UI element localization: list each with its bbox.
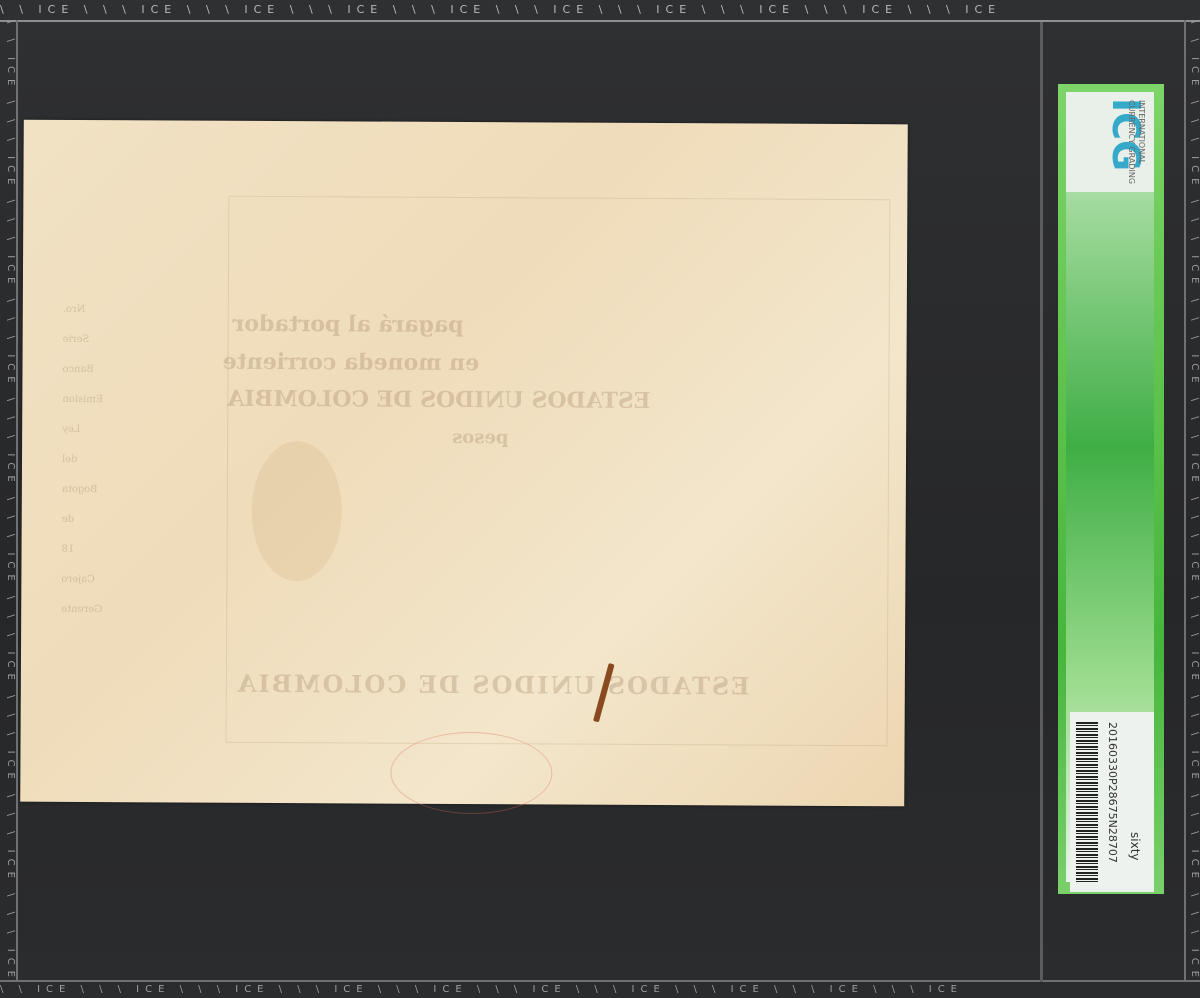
- side-text: Serie: [63, 325, 213, 356]
- ghost-line: pesos: [452, 427, 508, 448]
- side-text: Ley: [62, 415, 212, 446]
- barcode-area: 20160330P28675N28707 sixty: [1070, 712, 1154, 892]
- label-face: ICG INTERNATIONAL CURRENCY GRADING 20160…: [1066, 92, 1154, 882]
- side-text: Nro.: [63, 295, 213, 326]
- grade-word: sixty: [1128, 832, 1142, 861]
- ghost-title: ESTADOS UNIDOS DE COLOMBIA: [236, 669, 750, 701]
- ghost-line: pagará al portador: [233, 311, 464, 338]
- ghost-line: en moneda corriente: [222, 349, 479, 376]
- side-text: del: [62, 445, 212, 476]
- side-text: 18: [61, 535, 211, 566]
- holder-top-edge: \ \ ICE \ \ \ ICE \ \ \ ICE \ \ \ ICE \ …: [0, 0, 1200, 22]
- cert-number: 20160330P28675N28707: [1106, 722, 1119, 863]
- logo-text: INTERNATIONAL CURRENCY GRADING: [1076, 100, 1146, 192]
- ghost-side-column: Nro. Serie Banco Emision Ley del Bogota …: [61, 295, 213, 626]
- side-text: Cajero: [61, 565, 211, 596]
- ghost-line: ESTADOS UNIDOS DE COLOMBIA: [227, 386, 650, 414]
- stain: [251, 441, 342, 581]
- side-text: Gerente: [61, 595, 211, 626]
- side-text: Bogota: [62, 475, 212, 506]
- holder-bottom-edge: \ \ ICE \ \ \ ICE \ \ \ ICE \ \ \ ICE \ …: [0, 980, 1200, 998]
- holder-seam: [1040, 22, 1043, 982]
- holder-right-edge: \ \ ICE \ \ \ ICE \ \ \ ICE \ \ \ ICE \ …: [1184, 20, 1200, 982]
- side-text: de: [62, 505, 212, 536]
- red-stamp-bleed: [390, 732, 552, 815]
- holder-left-edge: \ \ ICE \ \ \ ICE \ \ \ ICE \ \ \ ICE \ …: [0, 20, 18, 982]
- side-text: Emision: [62, 385, 212, 416]
- grading-label: ICG INTERNATIONAL CURRENCY GRADING 20160…: [1058, 84, 1164, 894]
- side-text: Banco: [62, 355, 212, 386]
- logo-area: ICG INTERNATIONAL CURRENCY GRADING: [1066, 92, 1154, 192]
- grading-holder: \ \ ICE \ \ \ ICE \ \ \ ICE \ \ \ ICE \ …: [0, 0, 1200, 998]
- barcode-icon: [1076, 722, 1098, 882]
- banknote: pagará al portador en moneda corriente E…: [20, 120, 908, 807]
